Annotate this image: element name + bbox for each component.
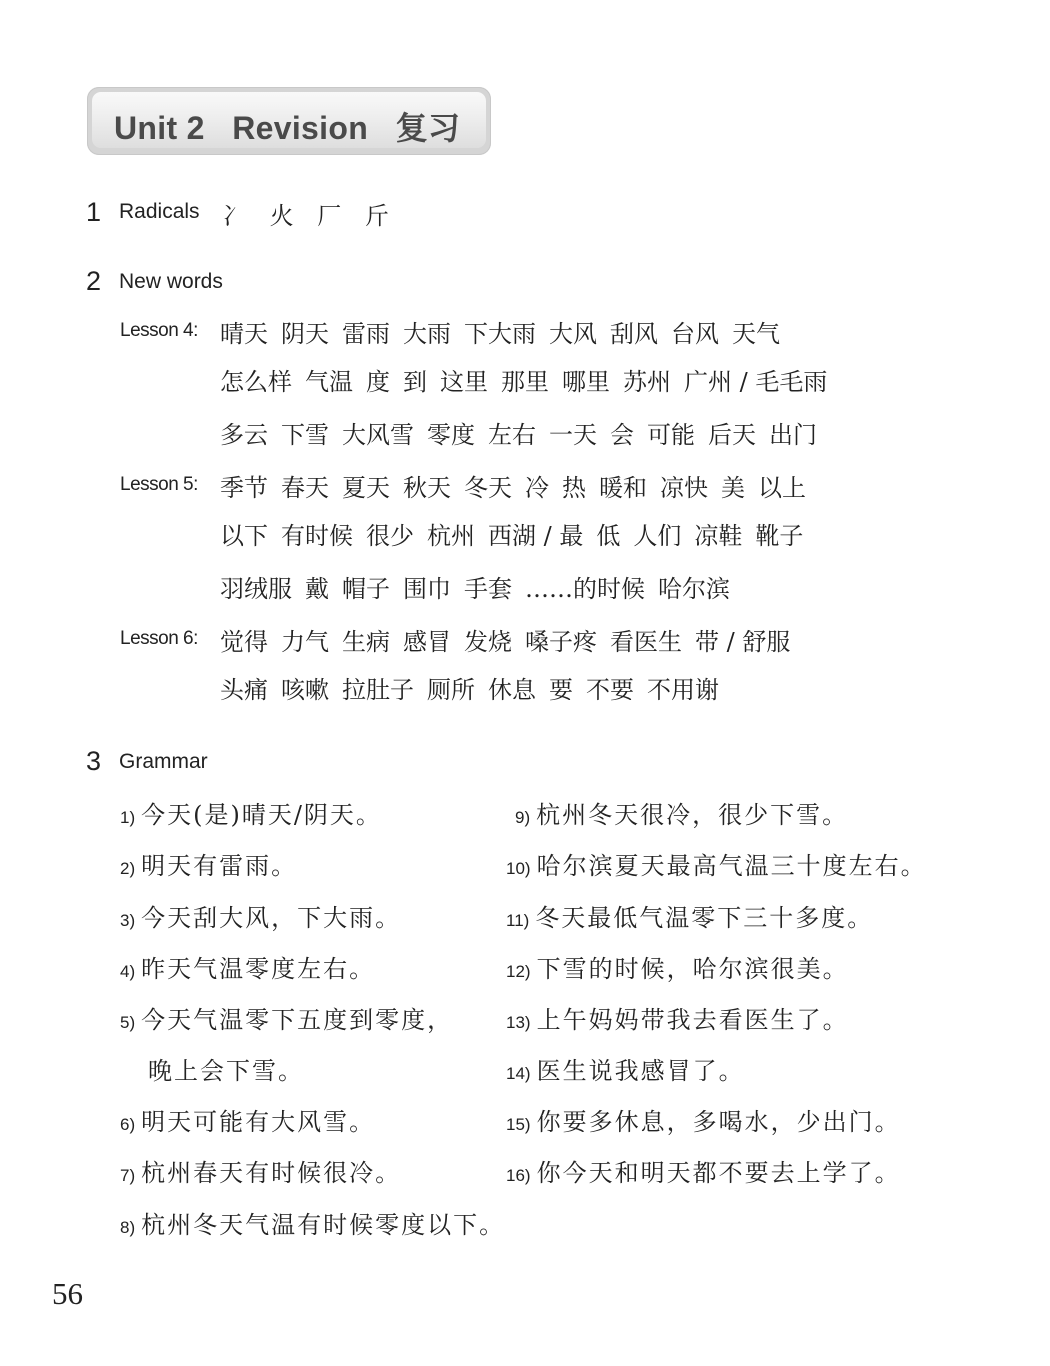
word-line: 羽绒服戴帽子围巾手套……的时候哈尔滨 — [220, 569, 743, 604]
section-title: New words — [119, 270, 223, 294]
word: 一天 — [549, 421, 597, 449]
section-number: 2 — [86, 266, 101, 297]
word: 感冒 — [403, 628, 451, 656]
grammar-item: 11)冬天最低气温零下三十多度。 — [506, 898, 873, 933]
unit-title: Unit 2 Revision 复习 — [114, 103, 460, 149]
radicals-list: 冫 火 厂 斤 — [222, 196, 405, 231]
word: 出门 — [769, 421, 817, 449]
section-number: 1 — [86, 197, 101, 228]
word: 春天 — [281, 474, 329, 502]
page-number: 56 — [52, 1276, 83, 1312]
word: 台风 — [671, 320, 719, 348]
word: 会 — [610, 421, 634, 449]
word-line: 晴天阴天雷雨大雨下大雨大风刮风台风天气 — [220, 314, 793, 349]
word: 季节 — [220, 474, 268, 502]
word: 要 — [549, 676, 573, 704]
word: 不要 — [586, 676, 634, 704]
word: 晴天 — [220, 320, 268, 348]
word-line: 季节春天夏天秋天冬天冷热暖和凉快美以上 — [220, 468, 819, 503]
section-title: Grammar — [119, 750, 208, 774]
word: 不用谢 — [647, 676, 719, 704]
word: 雷雨 — [342, 320, 390, 348]
word: 美 — [721, 474, 745, 502]
word: 到 — [403, 368, 427, 396]
word: 那里 — [501, 368, 549, 396]
word: 力气 — [281, 628, 329, 656]
word: 以上 — [758, 474, 806, 502]
word: 靴子 — [755, 522, 803, 550]
word: 哈尔滨 — [658, 575, 730, 603]
section-number: 3 — [86, 746, 101, 777]
word: 可能 — [647, 421, 695, 449]
word: 凉鞋 — [694, 522, 742, 550]
grammar-item: 12)下雪的时候，哈尔滨很美。 — [506, 949, 849, 984]
word: 广州 / 毛毛雨 — [684, 368, 827, 396]
word: 苏州 — [623, 368, 671, 396]
word: 大风雪 — [342, 421, 414, 449]
word: 帽子 — [342, 575, 390, 603]
word: 带 / 舒服 — [695, 628, 790, 656]
grammar-item: 5)今天气温零下五度到零度， — [120, 1000, 453, 1035]
lesson-label: Lesson 6: — [120, 628, 198, 650]
word: 戴 — [305, 575, 329, 603]
word: 左右 — [488, 421, 536, 449]
grammar-item: 6)明天可能有大风雪。 — [120, 1102, 375, 1137]
word-line: 觉得力气生病感冒发烧嗓子疼看医生带 / 舒服 — [220, 622, 803, 657]
word: 气温 — [305, 368, 353, 396]
word: 西湖 / 最 — [488, 522, 583, 550]
word: 这里 — [440, 368, 488, 396]
grammar-item: 2)明天有雷雨。 — [120, 846, 297, 881]
word: 热 — [562, 474, 586, 502]
grammar-item: 9)杭州冬天很冷，很少下雪。 — [515, 795, 848, 830]
word: 冬天 — [464, 474, 512, 502]
word: 低 — [596, 522, 620, 550]
word: 生病 — [342, 628, 390, 656]
word: 休息 — [488, 676, 536, 704]
word-line: 头痛咳嗽拉肚子厕所休息要不要不用谢 — [220, 670, 732, 705]
word: 多云 — [220, 421, 268, 449]
word-line: 怎么样气温度到这里那里哪里苏州广州 / 毛毛雨 — [220, 362, 840, 397]
word: 大风 — [549, 320, 597, 348]
word: 冷 — [525, 474, 549, 502]
grammar-item: 16)你今天和明天都不要去上学了。 — [506, 1153, 901, 1188]
word: 厕所 — [427, 676, 475, 704]
radical: 火 — [270, 202, 294, 230]
word: 发烧 — [464, 628, 512, 656]
grammar-item: 15)你要多休息，多喝水，少出门。 — [506, 1102, 901, 1137]
grammar-item: 14)医生说我感冒了。 — [506, 1051, 745, 1086]
lesson-label: Lesson 5: — [120, 474, 198, 496]
banner-face: Unit 2 Revision 复习 — [92, 92, 486, 148]
word: 下雪 — [281, 421, 329, 449]
word: 手套 — [464, 575, 512, 603]
word: 人们 — [633, 522, 681, 550]
word: 零度 — [427, 421, 475, 449]
grammar-item: 8)杭州冬天气温有时候零度以下。 — [120, 1205, 505, 1240]
word: 以下 — [220, 522, 268, 550]
word: 咳嗽 — [281, 676, 329, 704]
word: 度 — [366, 368, 390, 396]
grammar-item: 10)哈尔滨夏天最高气温三十度左右。 — [506, 846, 927, 881]
word-line: 以下有时候很少杭州西湖 / 最低人们凉鞋靴子 — [220, 516, 816, 551]
radical: 厂 — [317, 202, 341, 230]
grammar-item: 3)今天刮大风，下大雨。 — [120, 898, 401, 933]
grammar-item-continuation: 晚上会下雪。 — [148, 1051, 304, 1086]
word: 很少 — [366, 522, 414, 550]
word: ……的时候 — [525, 575, 645, 603]
grammar-item: 7)杭州春天有时候很冷。 — [120, 1153, 401, 1188]
grammar-item: 13)上午妈妈带我去看医生了。 — [506, 1000, 849, 1035]
word: 有时候 — [281, 522, 353, 550]
word: 哪里 — [562, 368, 610, 396]
word: 大雨 — [403, 320, 451, 348]
word: 阴天 — [281, 320, 329, 348]
word: 嗓子疼 — [525, 628, 597, 656]
word: 后天 — [708, 421, 756, 449]
grammar-item: 4)昨天气温零度左右。 — [120, 949, 375, 984]
grammar-item: 1)今天(是)晴天/阴天。 — [120, 795, 382, 830]
radical: 斤 — [365, 202, 389, 230]
word: 刮风 — [610, 320, 658, 348]
word: 暖和 — [599, 474, 647, 502]
word: 觉得 — [220, 628, 268, 656]
word: 下大雨 — [464, 320, 536, 348]
word: 秋天 — [403, 474, 451, 502]
word: 夏天 — [342, 474, 390, 502]
word: 怎么样 — [220, 368, 292, 396]
word-line: 多云下雪大风雪零度左右一天会可能后天出门 — [220, 415, 830, 450]
radical: 冫 — [222, 202, 246, 230]
word: 拉肚子 — [342, 676, 414, 704]
section-title: Radicals — [119, 200, 200, 224]
word: 围巾 — [403, 575, 451, 603]
word: 看医生 — [610, 628, 682, 656]
word: 凉快 — [660, 474, 708, 502]
lesson-label: Lesson 4: — [120, 320, 198, 342]
word: 羽绒服 — [220, 575, 292, 603]
word: 天气 — [732, 320, 780, 348]
word: 头痛 — [220, 676, 268, 704]
word: 杭州 — [427, 522, 475, 550]
unit-title-banner: Unit 2 Revision 复习 — [87, 87, 491, 155]
